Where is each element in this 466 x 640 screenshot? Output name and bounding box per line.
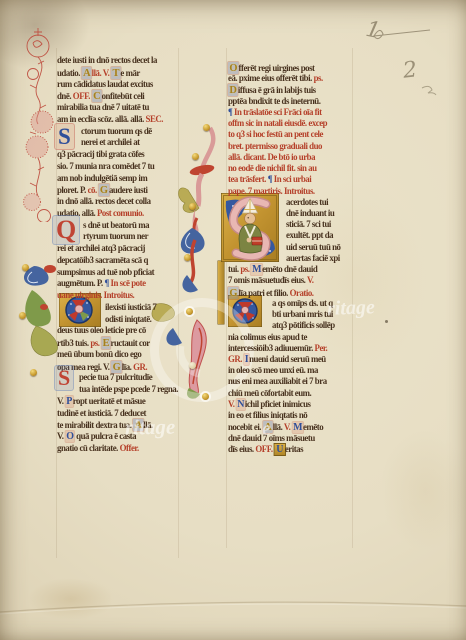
text-line-right: in oleo scō meo unxi eū. ma: [228, 366, 318, 376]
text-run: llā. V.: [92, 69, 111, 79]
text-run: ps.: [314, 74, 323, 84]
inhabited-initial-flower-right: [228, 295, 262, 327]
text-line-left: gnatio cū claritate. Offer.: [57, 444, 139, 454]
text-run: līa.: [122, 363, 133, 373]
text-line-left: rei et archilei atq3 pācracij: [57, 244, 145, 254]
text-run: allā. dicant. De btō io urba: [228, 153, 315, 163]
text-line-right: exultēt. ppt da: [286, 231, 333, 241]
text-run: M: [251, 264, 262, 275]
drop-initial-S: S: [55, 124, 74, 149]
text-line-right: to q3 si hoc festū an pent cele: [228, 130, 323, 140]
text-line-right: Offerēt regi uirgines post: [228, 63, 315, 74]
historiated-initial-bishop: [221, 193, 279, 262]
text-line-right: GR. Inueni dauid seruū meū: [228, 355, 326, 365]
text-run: odisti iniqtatē.: [105, 315, 151, 325]
text-run: mirabilia tua dnē 7 uitatē tu: [57, 103, 149, 113]
text-run: sticiā. 7 sci tui: [286, 220, 331, 230]
text-run: intercessiōib3 adiuuemūr.: [228, 344, 315, 354]
text-line-left: q3 pācracij tibi grata cōfes: [57, 150, 144, 160]
gold-bezant: [189, 362, 196, 369]
text-line-left: rtyrum tuorum ner: [83, 232, 148, 242]
text-run: to q3 si hoc festū an pent cele: [228, 130, 323, 140]
text-line-right: acerdotes tui: [286, 198, 328, 208]
text-line-left: V. Propt ueritatē et māsue: [57, 397, 145, 407]
text-line-right: ¶ In trāslatōe sci Frāci oīa fit: [228, 108, 322, 118]
text-run: P: [65, 396, 73, 407]
text-line-right: atq3 pōtificis sollēp: [272, 321, 335, 331]
text-run: llā.: [273, 423, 284, 433]
text-line-right: intercessiōib3 adiuuemūr. Per.: [228, 344, 327, 354]
text-run: In sci urbai: [274, 175, 311, 185]
folio-mark: 2: [402, 57, 419, 83]
text-run: U: [274, 444, 285, 455]
drop-initial-S: S: [55, 366, 73, 390]
text-run: iffusa ē grā in labijs tuis: [238, 86, 316, 96]
text-line-right: chiū meū cōfortabit eum.: [228, 389, 311, 399]
text-line-right: nocebit ei. Allā. V. Memēto: [228, 422, 323, 433]
gold-bezant: [202, 393, 209, 400]
drop-initial-Q: Q: [53, 216, 79, 244]
text-run: emēto dnē dauid: [262, 265, 317, 275]
parchment-crease: [0, 590, 466, 630]
text-run: eritas: [285, 445, 303, 455]
text-run: in eo et filius iniqtatis nō: [228, 411, 307, 421]
text-run: bti urbani mris tui: [272, 310, 333, 320]
text-line-right: uid seruū tuū nō: [286, 243, 341, 253]
text-run: no eodē die nichil fit. sin au: [228, 164, 317, 174]
text-run: acerdotes tui: [286, 198, 328, 208]
text-line-left: tudinē et iusticiā. 7 deducet: [57, 409, 146, 419]
text-line-left: ploret. P. cō. Gaudere iusti: [57, 185, 148, 196]
text-run: G: [98, 184, 109, 196]
text-run: sumpsimus ad tuē nob pficiat: [57, 268, 154, 278]
gold-bezant: [192, 153, 199, 160]
text-run: T: [111, 67, 120, 79]
text-line-left: rum cādidatus laudat excitus: [57, 80, 153, 90]
text-run: In trāslatōe sci Frāci oīa fit: [234, 108, 322, 118]
text-run: rei et archilei atq3 pācracij: [57, 244, 145, 254]
text-line-right: nus eni mea auxiliabit ei 7 bra: [228, 377, 327, 387]
text-line-left: uane uirginis. Introitus.: [57, 291, 134, 301]
text-line-right: Diffusa ē grā in labijs tuis: [228, 85, 316, 96]
text-run: nocebit ei.: [228, 423, 263, 433]
text-line-left: nerei et archilei at: [81, 138, 140, 148]
text-run: te mirabilit dextra tua.: [57, 421, 133, 431]
text-run: ps.: [240, 265, 251, 275]
text-run: A: [263, 421, 273, 433]
text-line-right: dnē induant iu: [286, 209, 334, 219]
text-run: nueni dauid seruū meū: [249, 355, 326, 365]
gold-bezant: [30, 369, 37, 376]
text-run: dete iusti in dnō rectos decet la: [57, 56, 157, 66]
text-line-right: Glīa patri et filio. Oratio.: [228, 288, 314, 299]
text-run: in oleo scō meo unxi eū. ma: [228, 366, 318, 376]
text-line-left: am nob indulgētiā semp im: [57, 174, 147, 184]
text-run: uane uirginis. Introitus.: [57, 291, 134, 301]
text-line-right: a qs omīps ds. ut q: [272, 299, 333, 309]
text-run: ctorum tuorum qs dē: [81, 127, 152, 137]
text-run: a qs omīps ds. ut q: [272, 299, 333, 309]
text-run: am nob indulgētiā semp im: [57, 174, 147, 184]
text-line-left: udatio. Allā. V. Te mār: [57, 68, 140, 79]
text-line-right: tea trāsfert. ¶ In sci urbai: [228, 175, 311, 185]
gold-bar-ornament: [218, 261, 224, 324]
text-line-left: s dnē ut beatorū ma: [83, 221, 149, 231]
text-run: sio. 7 munia nra comēdet 7 tu: [57, 162, 154, 172]
text-run: dīs eius.: [228, 445, 255, 455]
text-run: ilexisti iusticiā 7: [105, 303, 156, 313]
text-run: V.: [228, 400, 236, 410]
text-line-right: pape. 7 martiris. Introitus.: [228, 187, 315, 197]
text-run: In scē pote: [109, 279, 146, 289]
text-line-right: dīs eius. OFF. Ueritas: [228, 445, 303, 455]
text-line-left: odisti iniqtatē.: [105, 315, 151, 325]
text-run: nerei et archilei at: [81, 138, 140, 148]
text-run: llā.: [143, 421, 153, 431]
text-run: Oratio.: [290, 289, 314, 299]
text-run: audere iusti: [109, 186, 148, 196]
parchment-stain: [380, 430, 466, 550]
text-run: pecie tua 7 pulcritudīe: [79, 373, 152, 383]
ink-speck: [385, 320, 388, 323]
text-run: deus tuus oleo leticie pre cō: [57, 326, 146, 336]
text-run: meū ūbum bonū dico ego: [57, 350, 141, 360]
text-line-left: V. O quā pulcra ē casta: [57, 432, 136, 442]
text-line-left: sio. 7 munia nra comēdet 7 tu: [57, 162, 154, 172]
text-line-left: te mirabilit dextra tua. Allā.: [57, 420, 153, 431]
text-run: Offer.: [120, 444, 139, 454]
text-run: eā. pxime eius offerēt tibi.: [228, 74, 314, 84]
gold-bezant: [19, 312, 26, 319]
text-run: V.: [57, 397, 65, 407]
text-line-left: sumpsimus ad tuē nob pficiat: [57, 268, 154, 278]
text-line-left: ilexisti iusticiā 7: [105, 303, 156, 313]
text-line-right: dnē dauid 7 oīms māsuetu: [228, 434, 315, 444]
text-run: fferēt regi uirgines post: [239, 64, 315, 74]
text-run: onfitebūt celi: [102, 92, 145, 102]
text-run: atq3 pōtificis sollēp: [272, 321, 335, 331]
gold-bezant: [203, 124, 210, 131]
text-line-left: mirabilia tua dnē 7 uitatē tu: [57, 103, 149, 113]
text-run: depcatōib3 sacramēta scā q: [57, 256, 148, 266]
text-line-right: auertas faciē xpi: [286, 254, 340, 264]
text-run: bret. ptermisso graduali duo: [228, 142, 322, 152]
text-line-left: ctorum tuorum qs dē: [81, 127, 152, 137]
text-run: ichil pficiet inimicus: [245, 400, 311, 410]
text-run: gnatio cū claritate.: [57, 444, 120, 454]
text-line-left: dete iusti in dnō rectos decet la: [57, 56, 157, 66]
text-run: dnē.: [57, 92, 73, 102]
text-run: nia colimus eius apud te: [228, 333, 307, 343]
text-run: O: [65, 431, 74, 442]
text-run: offm sic in natali eiusdē. excep: [228, 119, 327, 129]
text-line-right: tui. ps. Memēto dnē dauid: [228, 265, 317, 275]
text-run: in dnō allā. rectos decet colla: [57, 197, 151, 207]
text-line-right: bret. ptermisso graduali duo: [228, 142, 322, 152]
text-run: GR.: [133, 363, 147, 373]
text-run: augmētum. P.: [57, 279, 104, 289]
text-line-left: in dnō allā. rectos decet colla: [57, 197, 151, 207]
text-run: Post comunio.: [97, 209, 144, 219]
text-run: tua intēde pspe pcede 7 regna.: [79, 385, 178, 395]
text-line-left: pecie tua 7 pulcritudīe: [79, 373, 152, 383]
text-run: emēto: [303, 423, 323, 433]
text-run: līa patri et filio.: [239, 289, 290, 299]
text-run: tui.: [228, 265, 240, 275]
text-run: ropt ueritatē et māsue: [73, 397, 146, 407]
text-line-right: 7 omis māsuetudīs eius. V.: [228, 276, 313, 286]
text-line-right: bti urbani mris tui: [272, 310, 333, 320]
text-run: O: [228, 62, 239, 74]
text-run: pptēa bndixit te ds ineternū.: [228, 97, 320, 107]
gold-bezant: [22, 264, 29, 271]
text-line-right: eā. pxime eius offerēt tibi. ps.: [228, 74, 323, 84]
text-line-right: V. Nichil pficiet inimicus: [228, 400, 310, 410]
gold-bezant: [184, 254, 191, 261]
text-run: rtyrum tuorum ner: [83, 232, 148, 242]
text-run: E: [101, 337, 110, 349]
text-run: dnē induant iu: [286, 209, 334, 219]
text-line-right: in eo et filius iniqtatis nō: [228, 411, 307, 421]
text-run: D: [228, 84, 238, 96]
text-run: exultēt. ppt da: [286, 231, 333, 241]
text-line-left: dnē. OFF. Confitebūt celi: [57, 91, 144, 102]
text-run: e mār: [120, 69, 139, 79]
text-run: V.: [57, 432, 65, 442]
text-run: uid seruū tuū nō: [286, 243, 341, 253]
text-run: udatio.: [57, 69, 82, 79]
text-run: A: [82, 67, 92, 79]
text-line-right: no eodē die nichil fit. sin au: [228, 164, 317, 174]
text-line-left: meū ūbum bonū dico ego: [57, 350, 141, 360]
text-run: N: [236, 399, 245, 410]
text-run: ploret. P.: [57, 186, 88, 196]
text-run: GR.: [228, 355, 244, 365]
text-line-right: pptēa bndixit te ds ineternū.: [228, 97, 320, 107]
text-run: rum cādidatus laudat excitus: [57, 80, 153, 90]
text-run: ructauit cor: [111, 339, 150, 349]
text-run: OFF.: [255, 445, 274, 455]
text-run: chiū meū cōfortabit eum.: [228, 389, 311, 399]
text-run: G: [111, 361, 122, 373]
text-line-left: tua intēde pspe pcede 7 regna.: [79, 385, 178, 395]
text-run: ps.: [90, 339, 101, 349]
text-run: 7 omis māsuetudīs eius.: [228, 276, 307, 286]
text-run: tudinē et iusticiā. 7 deducet: [57, 409, 146, 419]
text-line-right: offm sic in natali eiusdē. excep: [228, 119, 327, 129]
text-run: q3 pācracij tibi grata cōfes: [57, 150, 144, 160]
text-run: cō.: [88, 186, 99, 196]
manuscript-page: dete iusti in dnō rectos decet laudatio.…: [0, 0, 466, 640]
text-line-left: augmētum. P. ¶ In scē pote: [57, 279, 146, 289]
text-run: pape. 7 martiris. Introitus.: [228, 187, 315, 197]
text-run: s dnē ut beatorū ma: [83, 221, 149, 231]
text-run: auertas faciē xpi: [286, 254, 340, 264]
text-line-right: sticiā. 7 sci tui: [286, 220, 331, 230]
text-run: OFF.: [73, 92, 92, 102]
text-run: A: [133, 419, 143, 431]
text-run: dnē dauid 7 oīms māsuetu: [228, 434, 315, 444]
gold-bezant: [189, 203, 196, 210]
watermark-text: ritage: [327, 296, 376, 321]
text-line-right: allā. dicant. De btō io urba: [228, 153, 315, 163]
ruling-line: [352, 48, 353, 548]
gold-bezant: [186, 308, 193, 315]
text-line-left: rtib3 tuis. ps. Eructauit cor: [57, 338, 150, 349]
text-line-right: nia colimus eius apud te: [228, 333, 307, 343]
text-run: Per.: [315, 344, 328, 354]
text-run: tea trāsfert.: [228, 175, 268, 185]
text-run: quā pulcra ē casta: [74, 432, 136, 442]
text-line-left: deus tuus oleo leticie pre cō: [57, 326, 146, 336]
text-line-left: depcatōib3 sacramēta scā q: [57, 256, 148, 266]
text-run: V.: [284, 423, 292, 433]
text-run: C: [92, 90, 102, 102]
text-run: nus eni mea auxiliabit ei 7 bra: [228, 377, 327, 387]
text-run: M: [292, 422, 303, 433]
text-run: V.: [307, 276, 314, 286]
text-run: SEC.: [146, 115, 164, 125]
text-run: G: [228, 287, 239, 299]
text-run: rtib3 tuis.: [57, 339, 90, 349]
